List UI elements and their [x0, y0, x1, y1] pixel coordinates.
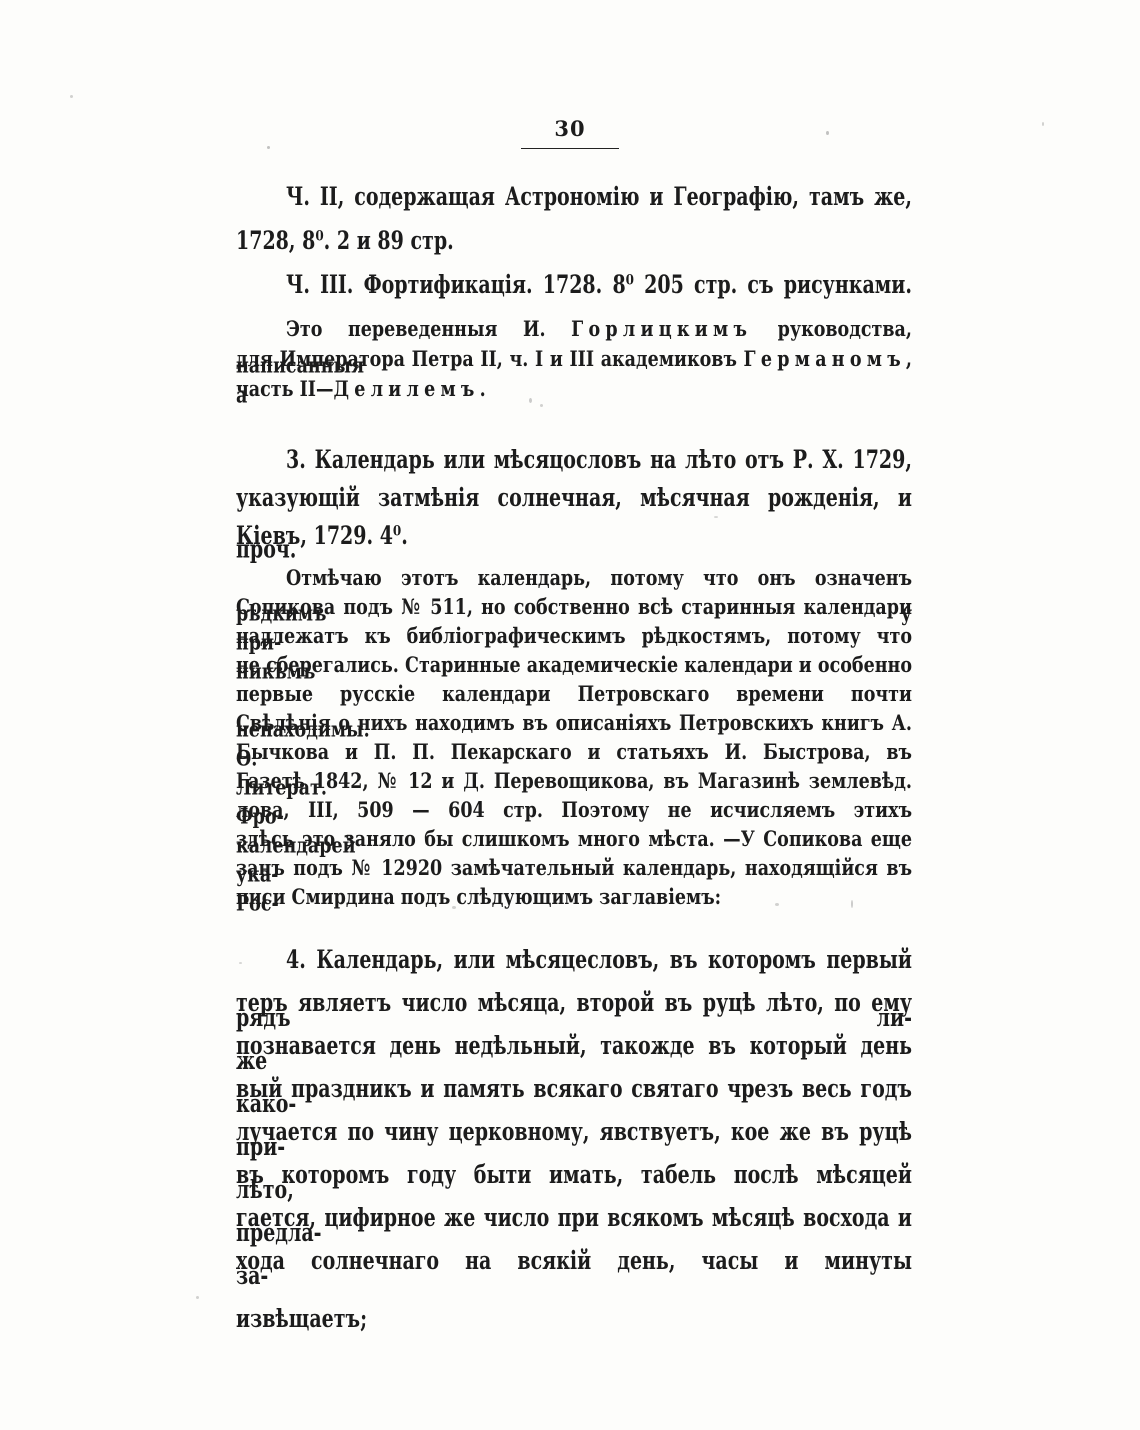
text-column: Ч. II, содержащая Астрономію и Географію…: [236, 175, 912, 1283]
scan-noise: [1042, 122, 1044, 126]
entry-4-heading: 4. Календарь, или мѣсяцесловъ, въ которо…: [236, 939, 912, 1283]
scan-noise: [529, 398, 532, 403]
scan-noise: [540, 404, 543, 407]
page-header: 30: [0, 0, 1140, 149]
academician-name-delisle: Делилемъ: [334, 378, 480, 402]
entry-part2: Ч. II, содержащая Астрономію и Географію…: [236, 175, 912, 263]
scan-noise: [775, 903, 779, 906]
scan-noise: [714, 516, 718, 518]
rarity-note: Отмѣчаю этотъ календарь, потому что онъ …: [236, 565, 912, 913]
scan-noise: [196, 1296, 199, 1299]
academician-name-herman: Германомъ: [744, 348, 906, 372]
scan-noise: [851, 900, 853, 908]
text-line: Ч. III. Фортификація. 1728. 8⁰ 205 стр. …: [236, 255, 912, 314]
text-line: писи Смирдина подъ слѣдующимъ заглавіемъ…: [236, 881, 912, 916]
entry-3-heading: 3. Календарь или мѣсяцословъ на лѣто отъ…: [236, 441, 912, 555]
note-text: часть II—: [236, 378, 334, 402]
translator-name-gorlitsky: Горлицкимъ: [571, 318, 752, 342]
scanned-book-page: 30 Ч. II, содержащая Астрономію и Геогра…: [0, 0, 1140, 1430]
note-text: для Императора Петра II, ч. I и III акад…: [236, 348, 744, 372]
note-text: .: [480, 378, 486, 402]
scan-noise: [267, 146, 270, 149]
page-number: 30: [554, 116, 585, 141]
entry-part3: Ч. III. Фортификація. 1728. 8⁰ 205 стр. …: [236, 263, 912, 307]
page-number-rule: [521, 148, 619, 149]
text-line: Кіевъ, 1729. 4⁰.: [236, 510, 912, 561]
translator-note: Это переведенныя И. Горлицкимъ руководст…: [236, 315, 912, 405]
scan-noise: [452, 906, 456, 909]
text-line: часть II—Делилемъ.: [236, 372, 912, 409]
text-line: хода солнечнаго на всякій день, часы и м…: [236, 1232, 912, 1290]
scan-noise: [239, 962, 242, 964]
scan-noise: [70, 95, 73, 98]
note-text: Это переведенныя И.: [286, 318, 571, 342]
scan-noise: [826, 131, 829, 135]
